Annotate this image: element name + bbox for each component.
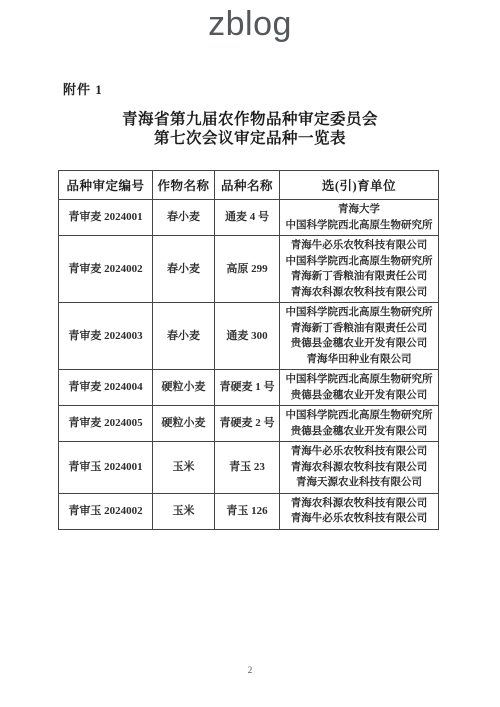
- table-body: 青审麦 2024001春小麦通麦 4 号青海大学中国科学院西北高原生物研究所青审…: [59, 200, 439, 530]
- breeding-unit-line: 青海农科源农牧科技有限公司: [281, 285, 437, 301]
- breeding-unit-line: 中国科学院西北高原生物研究所: [281, 218, 437, 234]
- breeding-unit-line: 青海大学: [281, 202, 437, 218]
- variety-approval-table: 品种审定编号作物名称品种名称选(引)育单位 青审麦 2024001春小麦通麦 4…: [58, 170, 439, 530]
- approval-code-cell: 青审麦 2024004: [59, 370, 153, 406]
- approval-code-cell: 青审麦 2024002: [59, 236, 153, 303]
- document-title: 青海省第九届农作物品种审定委员会 第七次会议审定品种一览表: [0, 111, 500, 148]
- breeding-units-cell: 青海大学中国科学院西北高原生物研究所: [280, 200, 439, 236]
- breeding-unit-line: 青海牛必乐农牧科技有限公司: [281, 238, 437, 254]
- breeding-units-cell: 中国科学院西北高原生物研究所贵德县金穗农业开发有限公司: [280, 406, 439, 442]
- table-row: 青审麦 2024005硬粒小麦青硬麦 2 号中国科学院西北高原生物研究所贵德县金…: [59, 406, 439, 442]
- column-header: 作物名称: [153, 171, 215, 200]
- breeding-units-cell: 青海农科源农牧科技有限公司青海牛必乐农牧科技有限公司: [280, 493, 439, 529]
- crop-name-cell: 春小麦: [153, 200, 215, 236]
- breeding-unit-line: 贵德县金穗农业开发有限公司: [281, 388, 437, 404]
- breeding-unit-line: 青海天源农业科技有限公司: [281, 475, 437, 491]
- crop-name-cell: 春小麦: [153, 303, 215, 370]
- approval-code-cell: 青审麦 2024005: [59, 406, 153, 442]
- table-row: 青审玉 2024001玉米青玉 23青海牛必乐农牧科技有限公司青海农科源农牧科技…: [59, 442, 439, 494]
- breeding-unit-line: 中国科学院西北高原生物研究所: [281, 372, 437, 388]
- approval-code-cell: 青审麦 2024001: [59, 200, 153, 236]
- breeding-unit-line: 贵德县金穗农业开发有限公司: [281, 336, 437, 352]
- title-line-2: 第七次会议审定品种一览表: [0, 130, 500, 149]
- crop-name-cell: 玉米: [153, 493, 215, 529]
- variety-name-cell: 高原 299: [215, 236, 280, 303]
- table-header-row: 品种审定编号作物名称品种名称选(引)育单位: [59, 171, 439, 200]
- site-header: zblog: [0, 0, 500, 52]
- title-line-1: 青海省第九届农作物品种审定委员会: [0, 111, 500, 130]
- breeding-units-cell: 中国科学院西北高原生物研究所贵德县金穗农业开发有限公司: [280, 370, 439, 406]
- variety-name-cell: 通麦 4 号: [215, 200, 280, 236]
- breeding-unit-line: 青海牛必乐农牧科技有限公司: [281, 511, 437, 527]
- breeding-unit-line: 青海牛必乐农牧科技有限公司: [281, 444, 437, 460]
- crop-name-cell: 硬粒小麦: [153, 406, 215, 442]
- site-logo[interactable]: zblog: [208, 0, 292, 48]
- table-row: 青审玉 2024002玉米青玉 126青海农科源农牧科技有限公司青海牛必乐农牧科…: [59, 493, 439, 529]
- column-header: 品种审定编号: [59, 171, 153, 200]
- breeding-unit-line: 中国科学院西北高原生物研究所: [281, 408, 437, 424]
- breeding-unit-line: 青海华田种业有限公司: [281, 352, 437, 368]
- variety-name-cell: 通麦 300: [215, 303, 280, 370]
- variety-name-cell: 青玉 126: [215, 493, 280, 529]
- crop-name-cell: 硬粒小麦: [153, 370, 215, 406]
- crop-name-cell: 春小麦: [153, 236, 215, 303]
- breeding-unit-line: 中国科学院西北高原生物研究所: [281, 305, 437, 321]
- breeding-units-cell: 青海牛必乐农牧科技有限公司中国科学院西北高原生物研究所青海新丁香粮油有限责任公司…: [280, 236, 439, 303]
- approval-code-cell: 青审玉 2024002: [59, 493, 153, 529]
- approval-code-cell: 青审麦 2024003: [59, 303, 153, 370]
- breeding-unit-line: 青海农科源农牧科技有限公司: [281, 460, 437, 476]
- table-row: 青审麦 2024001春小麦通麦 4 号青海大学中国科学院西北高原生物研究所: [59, 200, 439, 236]
- table-row: 青审麦 2024004硬粒小麦青硬麦 1 号中国科学院西北高原生物研究所贵德县金…: [59, 370, 439, 406]
- column-header: 选(引)育单位: [280, 171, 439, 200]
- breeding-unit-line: 青海新丁香粮油有限责任公司: [281, 321, 437, 337]
- page-number: 2: [0, 665, 500, 675]
- breeding-unit-line: 中国科学院西北高原生物研究所: [281, 254, 437, 270]
- breeding-units-cell: 青海牛必乐农牧科技有限公司青海农科源农牧科技有限公司青海天源农业科技有限公司: [280, 442, 439, 494]
- breeding-unit-line: 贵德县金穗农业开发有限公司: [281, 424, 437, 440]
- table-row: 青审麦 2024003春小麦通麦 300中国科学院西北高原生物研究所青海新丁香粮…: [59, 303, 439, 370]
- variety-name-cell: 青硬麦 1 号: [215, 370, 280, 406]
- approval-code-cell: 青审玉 2024001: [59, 442, 153, 494]
- breeding-unit-line: 青海农科源农牧科技有限公司: [281, 496, 437, 512]
- column-header: 品种名称: [215, 171, 280, 200]
- attachment-label: 附件 1: [63, 79, 103, 98]
- breeding-units-cell: 中国科学院西北高原生物研究所青海新丁香粮油有限责任公司贵德县金穗农业开发有限公司…: [280, 303, 439, 370]
- crop-name-cell: 玉米: [153, 442, 215, 494]
- variety-name-cell: 青玉 23: [215, 442, 280, 494]
- breeding-unit-line: 青海新丁香粮油有限责任公司: [281, 269, 437, 285]
- variety-name-cell: 青硬麦 2 号: [215, 406, 280, 442]
- table-row: 青审麦 2024002春小麦高原 299青海牛必乐农牧科技有限公司中国科学院西北…: [59, 236, 439, 303]
